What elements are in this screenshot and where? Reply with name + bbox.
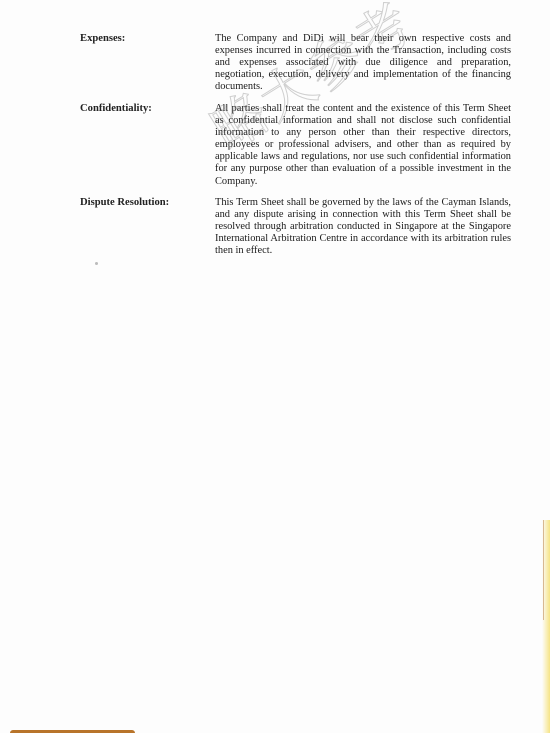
section-label: Dispute Resolution: (80, 197, 169, 208)
section-label: Expenses: (80, 33, 125, 44)
section-text: This Term Sheet shall be governed by the… (215, 197, 511, 257)
paper-edge-line (543, 520, 544, 620)
section-label: Confidentiality: (80, 103, 152, 114)
section-text: The Company and DiDi will bear their own… (215, 33, 511, 93)
document-page: Expenses: The Company and DiDi will bear… (0, 0, 550, 733)
section-text: All parties shall treat the content and … (215, 103, 511, 188)
paper-speck (95, 262, 98, 265)
